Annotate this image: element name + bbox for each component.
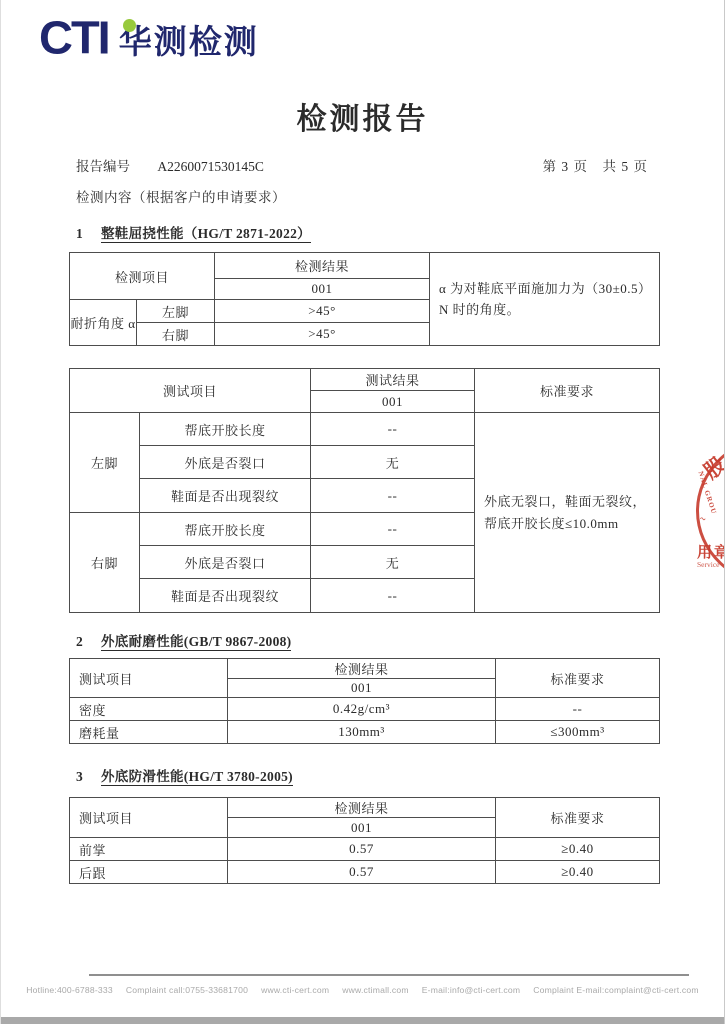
- flexing-result-table: 测试项目 测试结果 标准要求 001 左脚 帮底开胶长度 -- 外底无裂口，鞋面…: [69, 368, 660, 613]
- content-note: 检测内容（根据客户的申请要求）: [76, 186, 286, 206]
- footer: Hotline:400-6788-333 Complaint call:0755…: [1, 985, 724, 995]
- t2-std-header: 标准要求: [475, 369, 660, 413]
- t1-left-foot-value: >45°: [215, 300, 430, 323]
- t4-sample-id: 001: [228, 818, 496, 838]
- seal-service-text: Service: [697, 560, 720, 569]
- section-3-title: 外底防滑性能(HG/T 3780-2005): [101, 769, 293, 786]
- t2-value: 无: [311, 546, 475, 579]
- report-meta: 报告编号 A2260071530145C 第 3 页 共 5 页: [76, 155, 648, 175]
- footer-divider: [89, 974, 689, 976]
- t3-item-header: 测试项目: [70, 659, 228, 698]
- footer-mall-website: www.ctimall.com: [342, 985, 409, 995]
- section-1-number: 1: [76, 226, 101, 242]
- page-title: 检测报告: [1, 94, 724, 138]
- t4-item-header: 测试项目: [70, 798, 228, 838]
- red-seal-stamp: 股 NAL GROU ~ 用章 Service: [695, 426, 725, 598]
- t4-value: 0.57: [228, 838, 496, 861]
- report-page: CTI 华测检测 检测报告 报告编号 A2260071530145C 第 3 页…: [0, 0, 725, 1024]
- t1-item-header: 检测项目: [70, 253, 215, 300]
- t1-result-header: 检测结果: [215, 253, 430, 279]
- report-no-value: A2260071530145C: [157, 159, 264, 175]
- section-1-heading: 1整鞋屈挠性能（HG/T 2871-2022）: [76, 222, 311, 242]
- section-3-number: 3: [76, 769, 101, 785]
- t2-value: 无: [311, 446, 475, 479]
- t2-value: --: [311, 579, 475, 613]
- footer-complaint-call: Complaint call:0755-33681700: [126, 985, 248, 995]
- t4-std: ≥0.40: [496, 861, 660, 884]
- t2-item: 鞋面是否出现裂纹: [140, 579, 311, 613]
- t2-item: 外底是否裂口: [140, 446, 311, 479]
- report-no-label: 报告编号: [76, 155, 130, 175]
- t3-item: 磨耗量: [70, 721, 228, 744]
- t3-value: 130mm³: [228, 721, 496, 744]
- t2-value: --: [311, 413, 475, 446]
- page-number-info: 第 3 页 共 5 页: [543, 155, 649, 175]
- scan-edge-artifact: [1, 1017, 724, 1024]
- t4-item: 前掌: [70, 838, 228, 861]
- t1-row-right-foot: 右脚: [137, 323, 215, 346]
- cti-logo: CTI 华测检测: [39, 16, 259, 60]
- section-1-title: 整鞋屈挠性能（HG/T 2871-2022）: [101, 226, 311, 243]
- t4-std: ≥0.40: [496, 838, 660, 861]
- t4-std-header: 标准要求: [496, 798, 660, 838]
- t1-sample-id: 001: [215, 279, 430, 300]
- section-2-heading: 2外底耐磨性能(GB/T 9867-2008): [76, 630, 291, 650]
- t3-std-header: 标准要求: [496, 659, 660, 698]
- seal-char-mid: 用章: [697, 541, 725, 562]
- t2-item-header: 测试项目: [70, 369, 311, 413]
- t1-group-label: 耐折角度 α: [70, 300, 137, 346]
- t4-item: 后跟: [70, 861, 228, 884]
- t2-right-foot-label: 右脚: [70, 513, 140, 613]
- t1-note: α 为对鞋底平面施加力为（30±0.5）N 时的角度。: [430, 253, 660, 346]
- t2-result-header: 测试结果: [311, 369, 475, 391]
- t3-std: --: [496, 698, 660, 721]
- t2-left-foot-label: 左脚: [70, 413, 140, 513]
- t3-sample-id: 001: [228, 679, 496, 698]
- t3-result-header: 检测结果: [228, 659, 496, 679]
- t2-item: 帮底开胶长度: [140, 413, 311, 446]
- t4-value: 0.57: [228, 861, 496, 884]
- cti-logo-chinese: 华测检测: [119, 24, 259, 60]
- t2-item: 外底是否裂口: [140, 546, 311, 579]
- t1-right-foot-value: >45°: [215, 323, 430, 346]
- t4-result-header: 检测结果: [228, 798, 496, 818]
- t3-item: 密度: [70, 698, 228, 721]
- section-2-number: 2: [76, 634, 101, 650]
- t2-standard-requirement: 外底无裂口，鞋面无裂纹，帮底开胶长度≤10.0mm: [475, 413, 660, 613]
- section-3-heading: 3外底防滑性能(HG/T 3780-2005): [76, 765, 293, 785]
- t1-row-left-foot: 左脚: [137, 300, 215, 323]
- flexing-angle-table: 检测项目 检测结果 α 为对鞋底平面施加力为（30±0.5）N 时的角度。 00…: [69, 252, 660, 346]
- t2-value: --: [311, 513, 475, 546]
- section-2-title: 外底耐磨性能(GB/T 9867-2008): [101, 634, 291, 651]
- abrasion-table: 测试项目 检测结果 标准要求 001 密度 0.42g/cm³ -- 磨耗量 1…: [69, 658, 660, 744]
- slip-resistance-table: 测试项目 检测结果 标准要求 001 前掌 0.57 ≥0.40 后跟 0.57…: [69, 797, 660, 884]
- footer-website: www.cti-cert.com: [261, 985, 329, 995]
- t2-sample-id: 001: [311, 391, 475, 413]
- t3-std: ≤300mm³: [496, 721, 660, 744]
- cti-logo-green-dot-icon: [123, 19, 136, 32]
- cti-logo-text: CTI: [39, 16, 109, 59]
- t2-item: 帮底开胶长度: [140, 513, 311, 546]
- footer-hotline: Hotline:400-6788-333: [26, 985, 113, 995]
- t3-value: 0.42g/cm³: [228, 698, 496, 721]
- footer-complaint-email: Complaint E-mail:complaint@cti-cert.com: [533, 985, 699, 995]
- t2-value: --: [311, 479, 475, 513]
- footer-email: E-mail:info@cti-cert.com: [422, 985, 521, 995]
- t2-item: 鞋面是否出现裂纹: [140, 479, 311, 513]
